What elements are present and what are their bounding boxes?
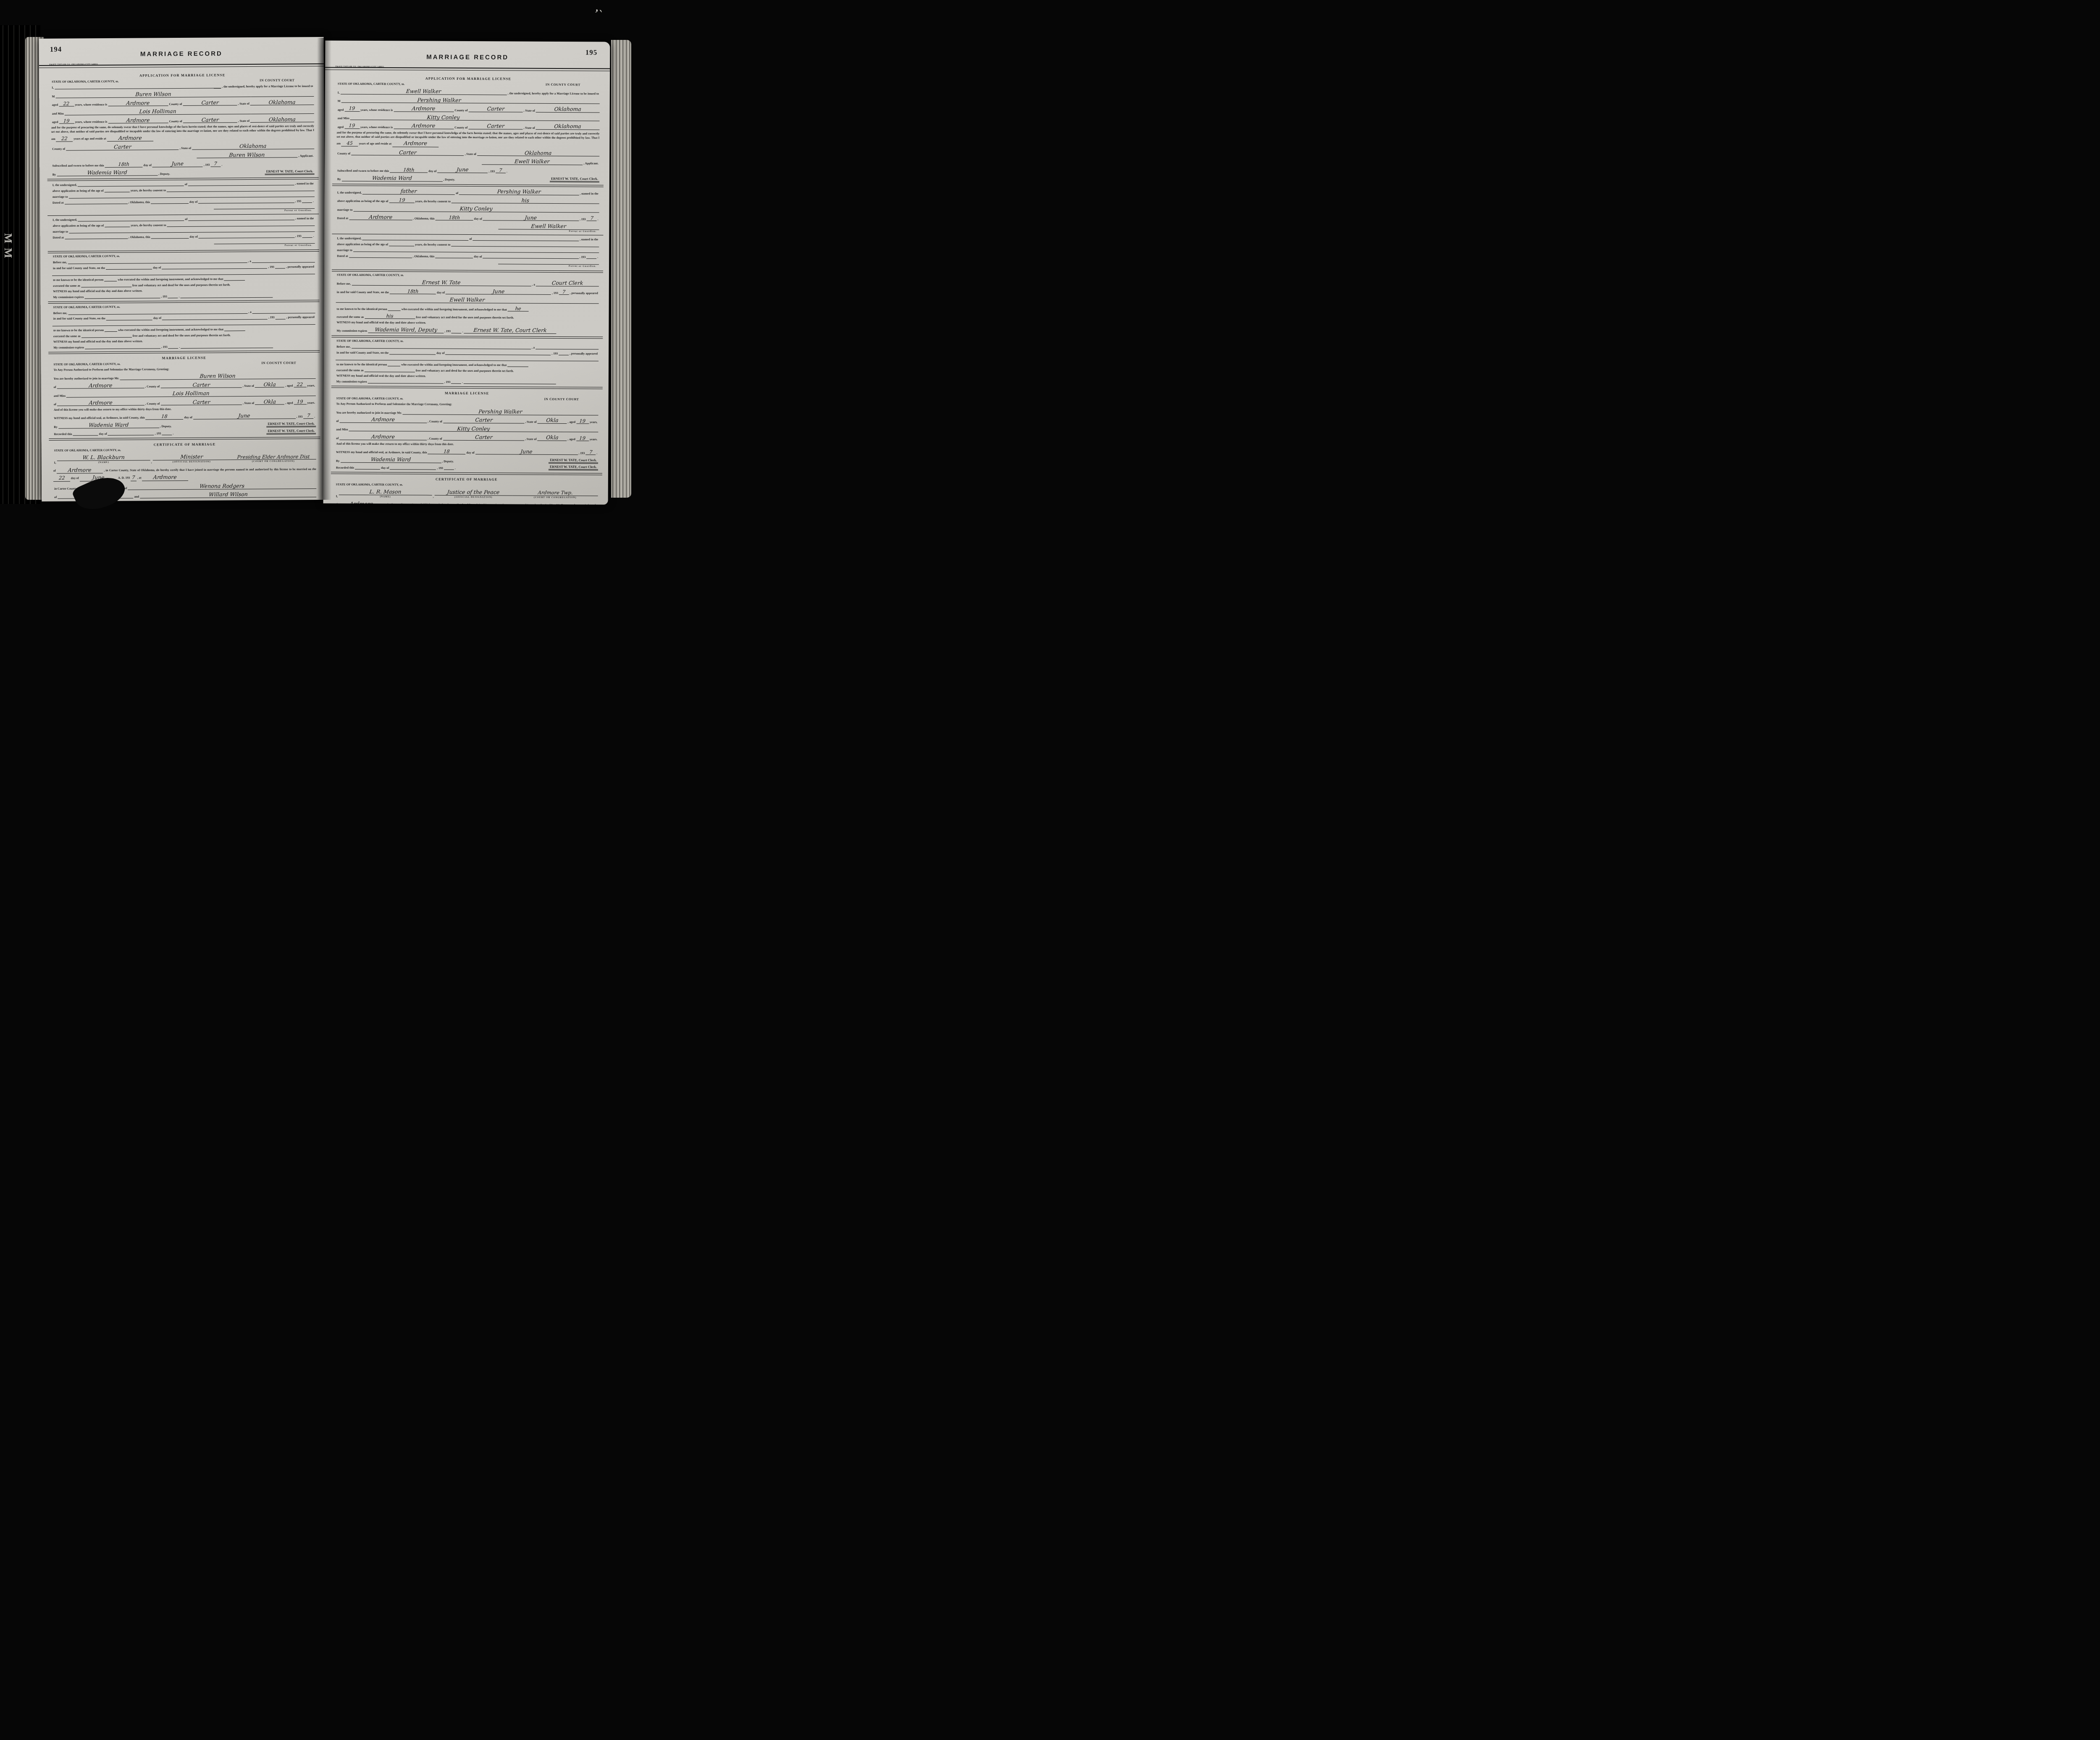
page-title: MARRIAGE RECORD [325,53,610,62]
label: and Miss [51,111,65,115]
label: IN COUNTY COURT [260,78,294,82]
notary2-witness-row: WITNESS my hand and official seal the da… [52,338,315,344]
notary2-appeared-field [52,320,315,326]
notary2-date-row: in and for said County and State, on the… [336,350,598,356]
label: of [184,217,188,221]
married-day-field: 22 [53,474,70,482]
consent2-row1: I, the undersigned, of , named in the [52,216,315,222]
label: Recorded this [335,466,355,470]
spine-marks: M M [2,233,14,259]
printer-mark: TRAVE-TAYLOR CO. OKLAHOMA CITY 140031 [335,66,384,68]
label: Dated at [336,254,349,258]
groom-name-field: Buren Wilson [55,90,251,98]
label: , personally appeared [569,352,598,355]
label: Dated at [336,216,349,220]
notary2-title-field [535,345,598,350]
deputy-name-field: Wademia Ward [57,169,157,176]
label: County of [168,119,183,123]
label: day of [152,316,162,320]
label: And of this license you will make due re… [335,441,454,446]
label: To Any Person Authorized to Perform and … [336,402,453,406]
divider [331,472,602,475]
notary1-as-field [81,283,131,288]
consent1-row2: above application as being of the age of… [336,196,599,204]
label: , Oklahoma, this [128,200,151,204]
label: , 193 [488,169,496,173]
officiant-name-wrap: W. L. Blackburn (NAME) [57,454,150,465]
notary1-state-row: STATE OF OKLAHOMA, CARTER COUNTY, ss. [336,273,599,278]
label: of [184,182,188,186]
label: STATE OF OKLAHOMA, CARTER COUNTY, ss. [335,483,404,487]
label: who executed the within and foregoing in… [400,362,507,367]
applicant-signature-field: Ewell Walker [482,157,583,165]
notary2-date-row: in and for said County and State, on the… [52,315,315,320]
consent1-place-field: Ardmore [349,213,412,220]
label: My commission expires [336,329,368,333]
state-court-row: STATE OF OKLAHOMA, CARTER COUNTY, ss. IN… [51,78,314,84]
license-bride-age-field: 19 [294,398,306,405]
label: By [52,173,57,176]
notary2-name-field [352,344,531,349]
label: executed the same as [52,334,81,339]
label: STATE OF OKLAHOMA, CARTER COUNTY, ss. [336,273,405,277]
bride-name-row: and Miss Kitty Conley [337,113,600,121]
label: day of [436,351,445,355]
bride-name-field: Lois Holliman [65,107,251,115]
notary1-commission-row: My commission expires , 193 . [52,293,315,299]
label: Before me, [52,311,68,315]
consent2-year-field [586,255,596,259]
label: free and voluntary act and deed for the … [132,333,232,338]
certificate-city-field: Ardmore [57,466,103,474]
recorded-day-field [73,431,98,436]
consent2-signature-field [498,260,599,265]
consent1-row3: marriage to Kitty Conley [336,205,599,213]
consent1-day-field: 18th [436,214,473,221]
consent2-row2: above application as being of the age of… [52,222,315,228]
license-groom-row: You are hereby authorized to join in mar… [53,372,316,380]
divider [332,269,603,273]
groom-age-field: 22 [59,100,74,107]
consent2-year-field [302,234,312,238]
officiant-congregation-field: Presiding Elder Ardmore Dist [231,453,316,460]
consent2-signature-row: Parent or Guardian. [336,259,599,268]
bride-residence-field: Ardmore [394,122,454,129]
label: years. [306,401,316,404]
license-recorded-row: Recorded this day of , 193 . ERNEST W. T… [335,464,598,471]
certificate-title: CERTIFICATE OF MARRIAGE [53,442,316,447]
applicant-signature-row: Ewell Walker , Applicant. [336,157,599,165]
license-groom-state-field: Okla [538,417,567,424]
consent2-signature-wrap: Parent or Guardian. [498,260,599,268]
label: I, [335,494,339,498]
consent2-place-field [349,254,412,258]
label: , a [531,283,536,286]
label: who executed the within and foregoing in… [401,307,508,311]
label: day of [152,265,162,269]
affiant-age-field: 45 [341,139,358,147]
deputy-name-field: Wademia Ward [341,174,442,182]
spacer [508,173,599,174]
spacer [223,166,314,167]
label: to me known to be the identical person [336,307,388,311]
deputy-row: By Wademia Ward , Deputy. ERNEST W. TATE… [52,168,315,176]
consent2-day-field [435,254,473,259]
label: years, do hereby consent to [414,243,451,247]
blank-field [168,298,178,298]
record-page: 195 MARRIAGE RECORD TRAVE-TAYLOR CO. OKL… [323,41,610,505]
consent1-row3: marriage to [52,193,315,199]
bride-name-row: and Miss Lois Holliman [51,107,314,115]
page-number: 195 [585,48,598,57]
license-groom-county-field: Carter [443,416,524,423]
label: , 193 [578,451,586,455]
notary1-day-field [106,265,152,270]
label: STATE OF OKLAHOMA, CARTER COUNTY, ss. [52,254,121,258]
notary2-month-field [162,315,268,320]
consent2-relation-field [362,236,469,241]
label: free and voluntary act and deed for the … [131,283,231,287]
consent1-row1: I, the undersigned, father of Pershing W… [336,187,599,195]
label: , Deputy. [159,424,173,428]
label: Subscribed and sworn to before me this [51,164,105,168]
applicant-signature-row: Buren Wilson , Applicant. [51,151,314,159]
officiant-congregation-wrap: Presiding Elder Ardmore Dist (COURT OR C… [231,453,316,463]
label: of [53,385,57,389]
book-scan: M M ’` 194 MARRIAGE RECORD TRAVE-TAYLOR … [0,0,649,523]
notary2-before-row: Before me, , a [52,309,315,315]
consent1-age-field [105,188,130,192]
notary1-executed-row: executed the same as free and voluntary … [52,282,315,288]
label: IN COUNTY COURT [546,83,580,87]
label: of [468,237,472,241]
label: . [312,199,315,203]
license-bride-row: and Miss Lois Holliman [53,389,316,397]
deputy-row: By Wademia Ward , Deputy. ERNEST W. TATE… [336,174,599,182]
certificate-state-row: STATE OF OKLAHOMA, CARTER COUNTY, ss. [53,447,316,452]
label: County of [454,125,468,129]
groom-state-field: Oklahoma [536,105,600,113]
label: IN COUNTY COURT [544,397,579,401]
notary1-appeared-field [52,270,315,276]
page-body: APPLICATION FOR MARRIAGE LICENSE STATE O… [323,70,610,505]
label: , Applicant. [583,161,599,165]
license-title: MARRIAGE LICENSE [336,391,598,396]
license-groom-county-field: Carter [160,381,242,388]
label: , a [247,259,252,263]
license-bride-field: Kitty Conley [349,425,598,433]
notary1-title-field: Court Clerk [536,279,599,286]
notary1-identical-row: to me known to be the identical person w… [336,304,599,312]
label: of [335,419,339,423]
consent2-age-field [389,242,414,246]
consent1-row4: Dated at Ardmore , Oklahoma, this 18th d… [336,213,599,221]
consent2-relation-field [78,217,184,222]
label: marriage to [336,248,353,252]
label: Recorded this [53,432,73,436]
sworn-year-field: 7 [210,160,220,167]
label: , Deputy. [442,178,456,181]
bride-age-field: 19 [344,122,360,129]
license-groom-detail-row: of Ardmore , County of Carter , State of… [53,381,316,389]
notary2-witness-row: WITNESS my hand and official seal the da… [336,373,598,378]
application-title: APPLICATION FOR MARRIAGE LICENSE [51,73,314,78]
notary1-clerk-sig-field [181,293,273,298]
groom-name-row: M Pershing Walker [337,96,600,104]
notary2-name-field [68,310,247,315]
consent2-signature-wrap: Parent or Guardian. [214,239,315,247]
application-title: APPLICATION FOR MARRIAGE LICENSE [337,76,600,81]
consent1-signature-row: Ewell Walker Parent or Guardian. [336,222,599,233]
label: years, whose residence is [360,125,394,129]
license-deputy-field: Wademia Ward [58,421,159,429]
blank-field [168,348,178,349]
consent2-row4: Dated at , Oklahoma, this day of , 193 . [52,234,315,239]
label: years, do hereby consent to [130,188,167,192]
label: of [53,495,58,499]
label: . [312,234,315,238]
label: Parent or Guardian. [214,244,315,247]
label: , Oklahoma, this [128,235,151,239]
label: IN COUNTY COURT [261,361,296,365]
label: , 193 [296,415,304,419]
label: executed the same as [336,368,365,372]
label: You are hereby authorized to join in mar… [336,410,403,415]
blank-field [537,121,600,121]
notary2-identical-row: to me known to be the identical person w… [336,362,598,367]
affiant-state-field: Oklahoma [192,142,314,150]
affiant-age-field: 22 [56,134,73,142]
label: , State of [524,437,537,441]
label: . [506,169,508,173]
consent1-relation-field: father [362,187,455,195]
license-bride-field: Lois Holliman [66,389,316,397]
label: WITNESS my hand and official seal the da… [52,289,143,293]
bride-county-field: Carter [468,122,522,129]
license-bride-city-field: Ardmore [57,399,144,406]
consent1-row2: above application as being of the age of… [52,187,315,193]
consent1-spouse-field: Kitty Conley [353,205,599,213]
court-clerk-printed: ERNEST W. TATE, Court Clerk. [549,458,598,464]
license-bride-state-field: Okla [255,398,284,405]
label: , aged [284,384,294,388]
label: , State of [179,146,192,150]
officiant-name-field: W. L. Blackburn [57,454,150,461]
consent2-month-field [483,254,578,259]
consent2-signature-field [214,239,315,244]
label: above application as being of the age of [52,189,105,193]
label: M [51,94,55,98]
officiant-name-field: L. R. Mason [339,488,432,496]
label: day of [428,169,437,173]
notary2-appeared-field [336,356,598,362]
label: , County of [427,420,443,423]
bride-state-field: Oklahoma [250,115,314,123]
consent1-signature-row: Parent or Guardian. [52,205,315,214]
license-deputy-field: Wademia Ward [341,456,441,463]
notary2-title-field [252,309,315,314]
page-body: APPLICATION FOR MARRIAGE LICENSE STATE O… [39,66,326,501]
label: , Deputy. [441,459,455,463]
label: (OFFICIAL DESIGNATION) [153,460,231,464]
label: , named in the [294,216,315,220]
divider [331,335,603,339]
label: , personally appeared [569,291,599,295]
blank-field [388,366,400,366]
bride-name-field: Kitty Conley [350,113,537,121]
notary1-as-field: his [365,312,415,319]
license-groom-city-field: Ardmore [57,381,144,389]
blank-field [105,331,117,332]
label: free and voluntary act and deed for the … [415,315,515,320]
license-bride-county-field: Carter [160,398,242,406]
label: in and for said County and State, on the [336,290,390,294]
certificate-state-row: STATE OF OKLAHOMA, CARTER COUNTY, ss. [335,483,598,488]
divider [331,386,603,389]
recorded-day-field [355,465,380,470]
label: , 193 [579,217,587,221]
officiant-name-wrap: L. R. Mason (NAME) [339,488,432,499]
label: , State of [242,384,255,388]
label: (NAME) [57,461,150,464]
consent2-row1: I, the undersigned, of , named in the [336,236,599,241]
notary2-state-row: STATE OF OKLAHOMA, CARTER COUNTY, ss. [336,339,598,344]
label: , 193 [436,466,444,470]
groom-age-field: 19 [344,105,360,112]
notary1-name-field [68,259,247,264]
applicant-name-field [55,84,221,90]
label: Parent or Guardian. [498,265,599,268]
label: years, whose residence is [360,108,394,112]
notary2-day-field [389,350,436,355]
groom-name-field: Pershing Walker [341,96,537,104]
married-year-field: 7 [131,474,136,481]
notary2-state-row: STATE OF OKLAHOMA, CARTER COUNTY, ss. [52,304,315,309]
license-bride-age-field: 19 [576,435,589,441]
court-clerk-printed: ERNEST W. TATE, Court Clerk. [266,422,316,428]
consent1-relation-field [78,182,184,187]
spacer [336,232,498,233]
label: Dated at [52,236,65,239]
label: WITNESS my hand and official seal, at Ar… [53,416,145,420]
consent1-pronoun-field [167,187,315,192]
divider [47,177,319,181]
license-bride-state-field: Okla [538,434,567,441]
label: years, do hereby consent to [415,199,451,203]
label: , State of [237,102,250,105]
license-state-row: STATE OF OKLAHOMA, CARTER COUNTY, ss. IN… [336,396,598,401]
witness1-name-field: Wenona Rodgers [128,482,317,490]
recorded-year-field [162,431,172,435]
license-groom-age-field: 19 [576,417,589,424]
certificate-body: of Ardmore , in Carter County, State of … [53,465,316,482]
court-clerk-printed: ERNEST W. TATE, Court Clerk. [266,429,316,435]
consent1-signature-field: Ewell Walker [498,222,599,230]
label: . [597,217,599,221]
label: marriage to [52,230,69,234]
license-day-field: 18 [145,413,183,420]
notary2-as-field [365,368,415,373]
label: , 193 [268,315,276,319]
label: , a [531,346,535,349]
label: By [53,425,58,429]
label: And of this license you will make due re… [53,407,172,412]
label: and Miss [335,428,349,431]
label: WITNESS my hand and official seal the da… [336,373,427,378]
consent2-age-field [105,223,130,227]
consent1-row1: I, the undersigned, of , named in the [52,181,315,187]
spacer [52,213,214,213]
label: , Oklahoma, this [412,217,436,220]
sworn-day-field: 18th [390,166,428,173]
label: day of [184,415,193,419]
label: , the undersigned, hereby apply for a Ma… [507,91,600,95]
license-groom-state-field: Okla [255,381,284,388]
blank-field [251,96,314,97]
notary1-before-row: Before me, , a [52,258,315,264]
label: , 193 [444,329,451,333]
label: and [133,495,140,499]
book-gutter [317,38,331,500]
groom-state-field: Oklahoma [250,98,314,106]
blank-field [451,383,461,384]
divider [47,214,319,216]
label: of [335,503,338,504]
label: , 193 [160,294,168,298]
consent2-row2: above application as being of the age of… [336,242,599,247]
label: to me known to be the identical person [52,278,104,282]
license-year-field: 7 [585,449,596,455]
label: . [313,415,316,418]
notary1-year-field [275,265,285,269]
label: day of [71,477,79,480]
notary1-clerk-sig-field: Ernest W. Tate, Court Clerk [464,326,556,334]
label: , aged [567,420,576,424]
certificate-title: CERTIFICATE OF MARRIAGE [335,477,598,482]
label: , personally appeared [286,315,315,319]
label: By [335,459,341,462]
label: and Miss [53,394,66,397]
notary1-appeared-row: Ewell Walker [336,296,599,304]
label: , State of [242,401,255,405]
notary2-executed-row: executed the same as free and voluntary … [52,332,315,338]
notary2-year-field [276,315,286,319]
label: aged [337,108,345,111]
label: I, the undersigned, [336,236,362,240]
label: You are hereby authorized to join in mar… [53,376,120,381]
recorded-year-field [444,466,454,470]
label: , State of [464,152,477,156]
label: , the undersigned, hereby apply for a Ma… [221,84,314,88]
consent2-row4: Dated at , Oklahoma, this day of , 193 . [336,254,599,259]
subscribed-row: Subscribed and sworn to before me this 1… [336,165,599,173]
consent1-year-field [302,199,312,203]
divider [48,300,319,304]
label: years, whose residence is [74,120,108,124]
affiant-county-field: Carter [66,143,179,150]
affiant-county-row: County of Carter , State of Oklahoma [51,142,314,150]
label: to me known to be the identical person [336,362,388,367]
court-clerk-printed: ERNEST W. TATE, Court Clerk. [549,465,598,470]
label: My commission expires [336,379,368,383]
label: County of [51,147,66,150]
consent1-month-field: June [483,214,579,221]
license-groom-field: Buren Wilson [120,372,316,380]
notary1-identical-row: to me known to be the identical person w… [52,276,315,282]
notary2-commission-field [368,379,444,384]
consent1-signature-wrap: Parent or Guardian. [214,205,315,213]
divider [332,184,604,187]
